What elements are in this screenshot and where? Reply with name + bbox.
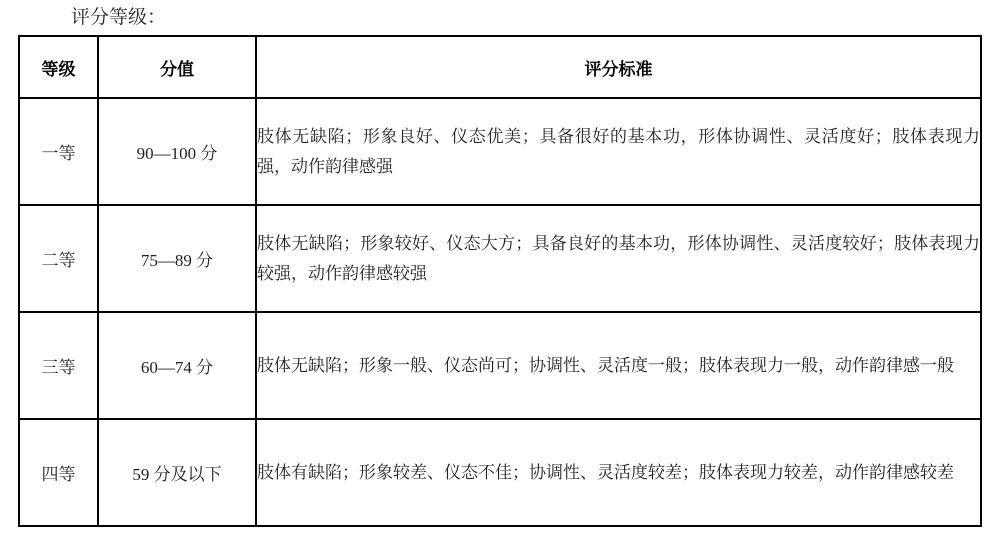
score-cell: 59 分及以下 — [98, 419, 256, 526]
criteria-cell: 肢体无缺陷；形象一般、仪态尚可；协调性、灵活度一般；肢体表现力一般，动作韵律感一… — [256, 312, 981, 419]
table-row: 一等 90—100 分 肢体无缺陷；形象良好、仪态优美；具备很好的基本功，形体协… — [19, 98, 981, 205]
table-row: 四等 59 分及以下 肢体有缺陷；形象较差、仪态不佳；协调性、灵活度较差；肢体表… — [19, 419, 981, 526]
header-score: 分值 — [98, 36, 256, 98]
criteria-cell: 肢体有缺陷；形象较差、仪态不佳；协调性、灵活度较差；肢体表现力较差，动作韵律感较… — [256, 419, 981, 526]
header-criteria: 评分标准 — [256, 36, 981, 98]
table-header-row: 等级 分值 评分标准 — [19, 36, 981, 98]
grading-table: 等级 分值 评分标准 一等 90—100 分 肢体无缺陷；形象良好、仪态优美；具… — [18, 35, 982, 527]
score-cell: 60—74 分 — [98, 312, 256, 419]
level-cell: 一等 — [19, 98, 98, 205]
criteria-cell: 肢体无缺陷；形象良好、仪态优美；具备很好的基本功，形体协调性、灵活度好；肢体表现… — [256, 98, 981, 205]
score-cell: 90—100 分 — [98, 98, 256, 205]
table-row: 二等 75—89 分 肢体无缺陷；形象较好、仪态大方；具备良好的基本功，形体协调… — [19, 205, 981, 312]
level-cell: 四等 — [19, 419, 98, 526]
table-row: 三等 60—74 分 肢体无缺陷；形象一般、仪态尚可；协调性、灵活度一般；肢体表… — [19, 312, 981, 419]
score-cell: 75—89 分 — [98, 205, 256, 312]
criteria-cell: 肢体无缺陷；形象较好、仪态大方；具备良好的基本功，形体协调性、灵活度较好；肢体表… — [256, 205, 981, 312]
level-cell: 二等 — [19, 205, 98, 312]
section-heading: 评分等级： — [71, 4, 166, 30]
header-level: 等级 — [19, 36, 98, 98]
level-cell: 三等 — [19, 312, 98, 419]
